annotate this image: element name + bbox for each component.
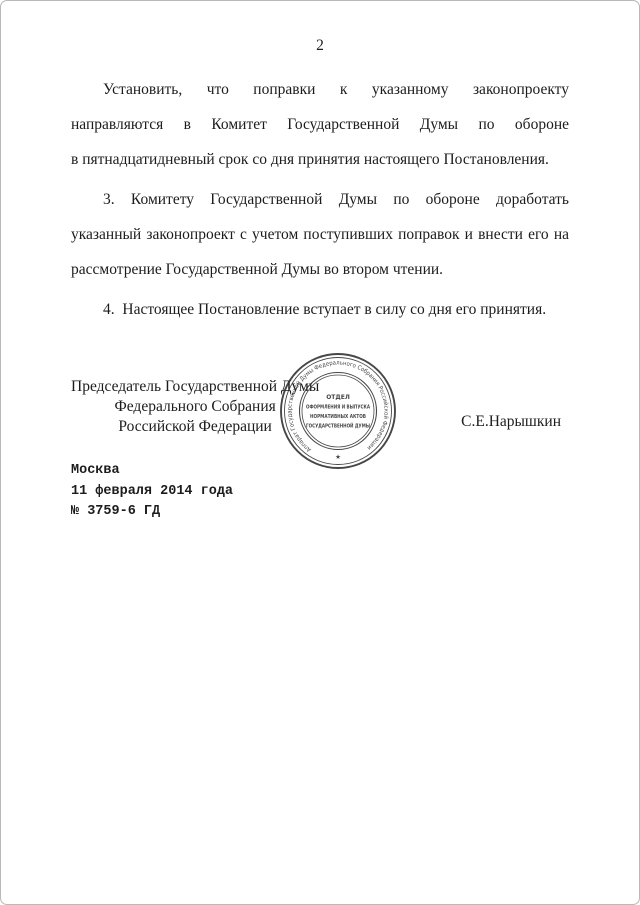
issuance-date: 11 февраля 2014 года [71, 482, 569, 503]
paragraph-item-3: 3. Комитету Государственной Думы по обор… [71, 182, 569, 287]
stamp-outer-inner-circle [285, 358, 392, 465]
signature-area: Председатель Государственной Думы Федера… [71, 377, 569, 461]
stamp-center-line: НОРМАТИВНЫХ АКТОВ [310, 414, 366, 420]
text-line: 4. Настоящее Постановление вступает в си… [71, 292, 569, 327]
stamp-star-icon: ★ [335, 453, 341, 461]
paragraph-item-4: 4. Настоящее Постановление вступает в си… [71, 292, 569, 327]
official-stamp: Аппарат Государственной Думы Федеральног… [278, 351, 398, 471]
stamp-center-line: ОТДЕЛ [326, 394, 350, 401]
document-content: 2 Установить, что поправки к указанному … [71, 1, 569, 523]
text-line: рассмотрение Государственной Думы во вто… [71, 252, 569, 287]
text-line: Установить, что поправки к указанному за… [71, 72, 569, 107]
stamp-inner-inner-circle [302, 375, 374, 447]
stamp-center-line: ОФОРМЛЕНИЯ И ВЫПУСКА [306, 405, 371, 411]
text-line: направляются в Комитет Государственной Д… [71, 107, 569, 142]
stamp-inner-circle [300, 373, 377, 450]
stamp-center-line: ГОСУДАРСТВЕННОЙ ДУМЫ [306, 422, 370, 430]
page-number: 2 [71, 37, 569, 55]
text-line: 3. Комитету Государственной Думы по обор… [71, 182, 569, 217]
text-line: в пятнадцатидневный срок со дня принятия… [71, 142, 569, 177]
body-text: Установить, что поправки к указанному за… [71, 72, 569, 327]
text-line: указанный законопроект с учетом поступив… [71, 217, 569, 252]
issuance-number: № 3759-6 ГД [71, 502, 569, 523]
signatory-name: С.Е.Нарышкин [461, 413, 561, 431]
stamp-outer-circle [281, 354, 395, 468]
document-page: 2 Установить, что поправки к указанному … [0, 0, 640, 905]
paragraph-intro: Установить, что поправки к указанному за… [71, 72, 569, 177]
